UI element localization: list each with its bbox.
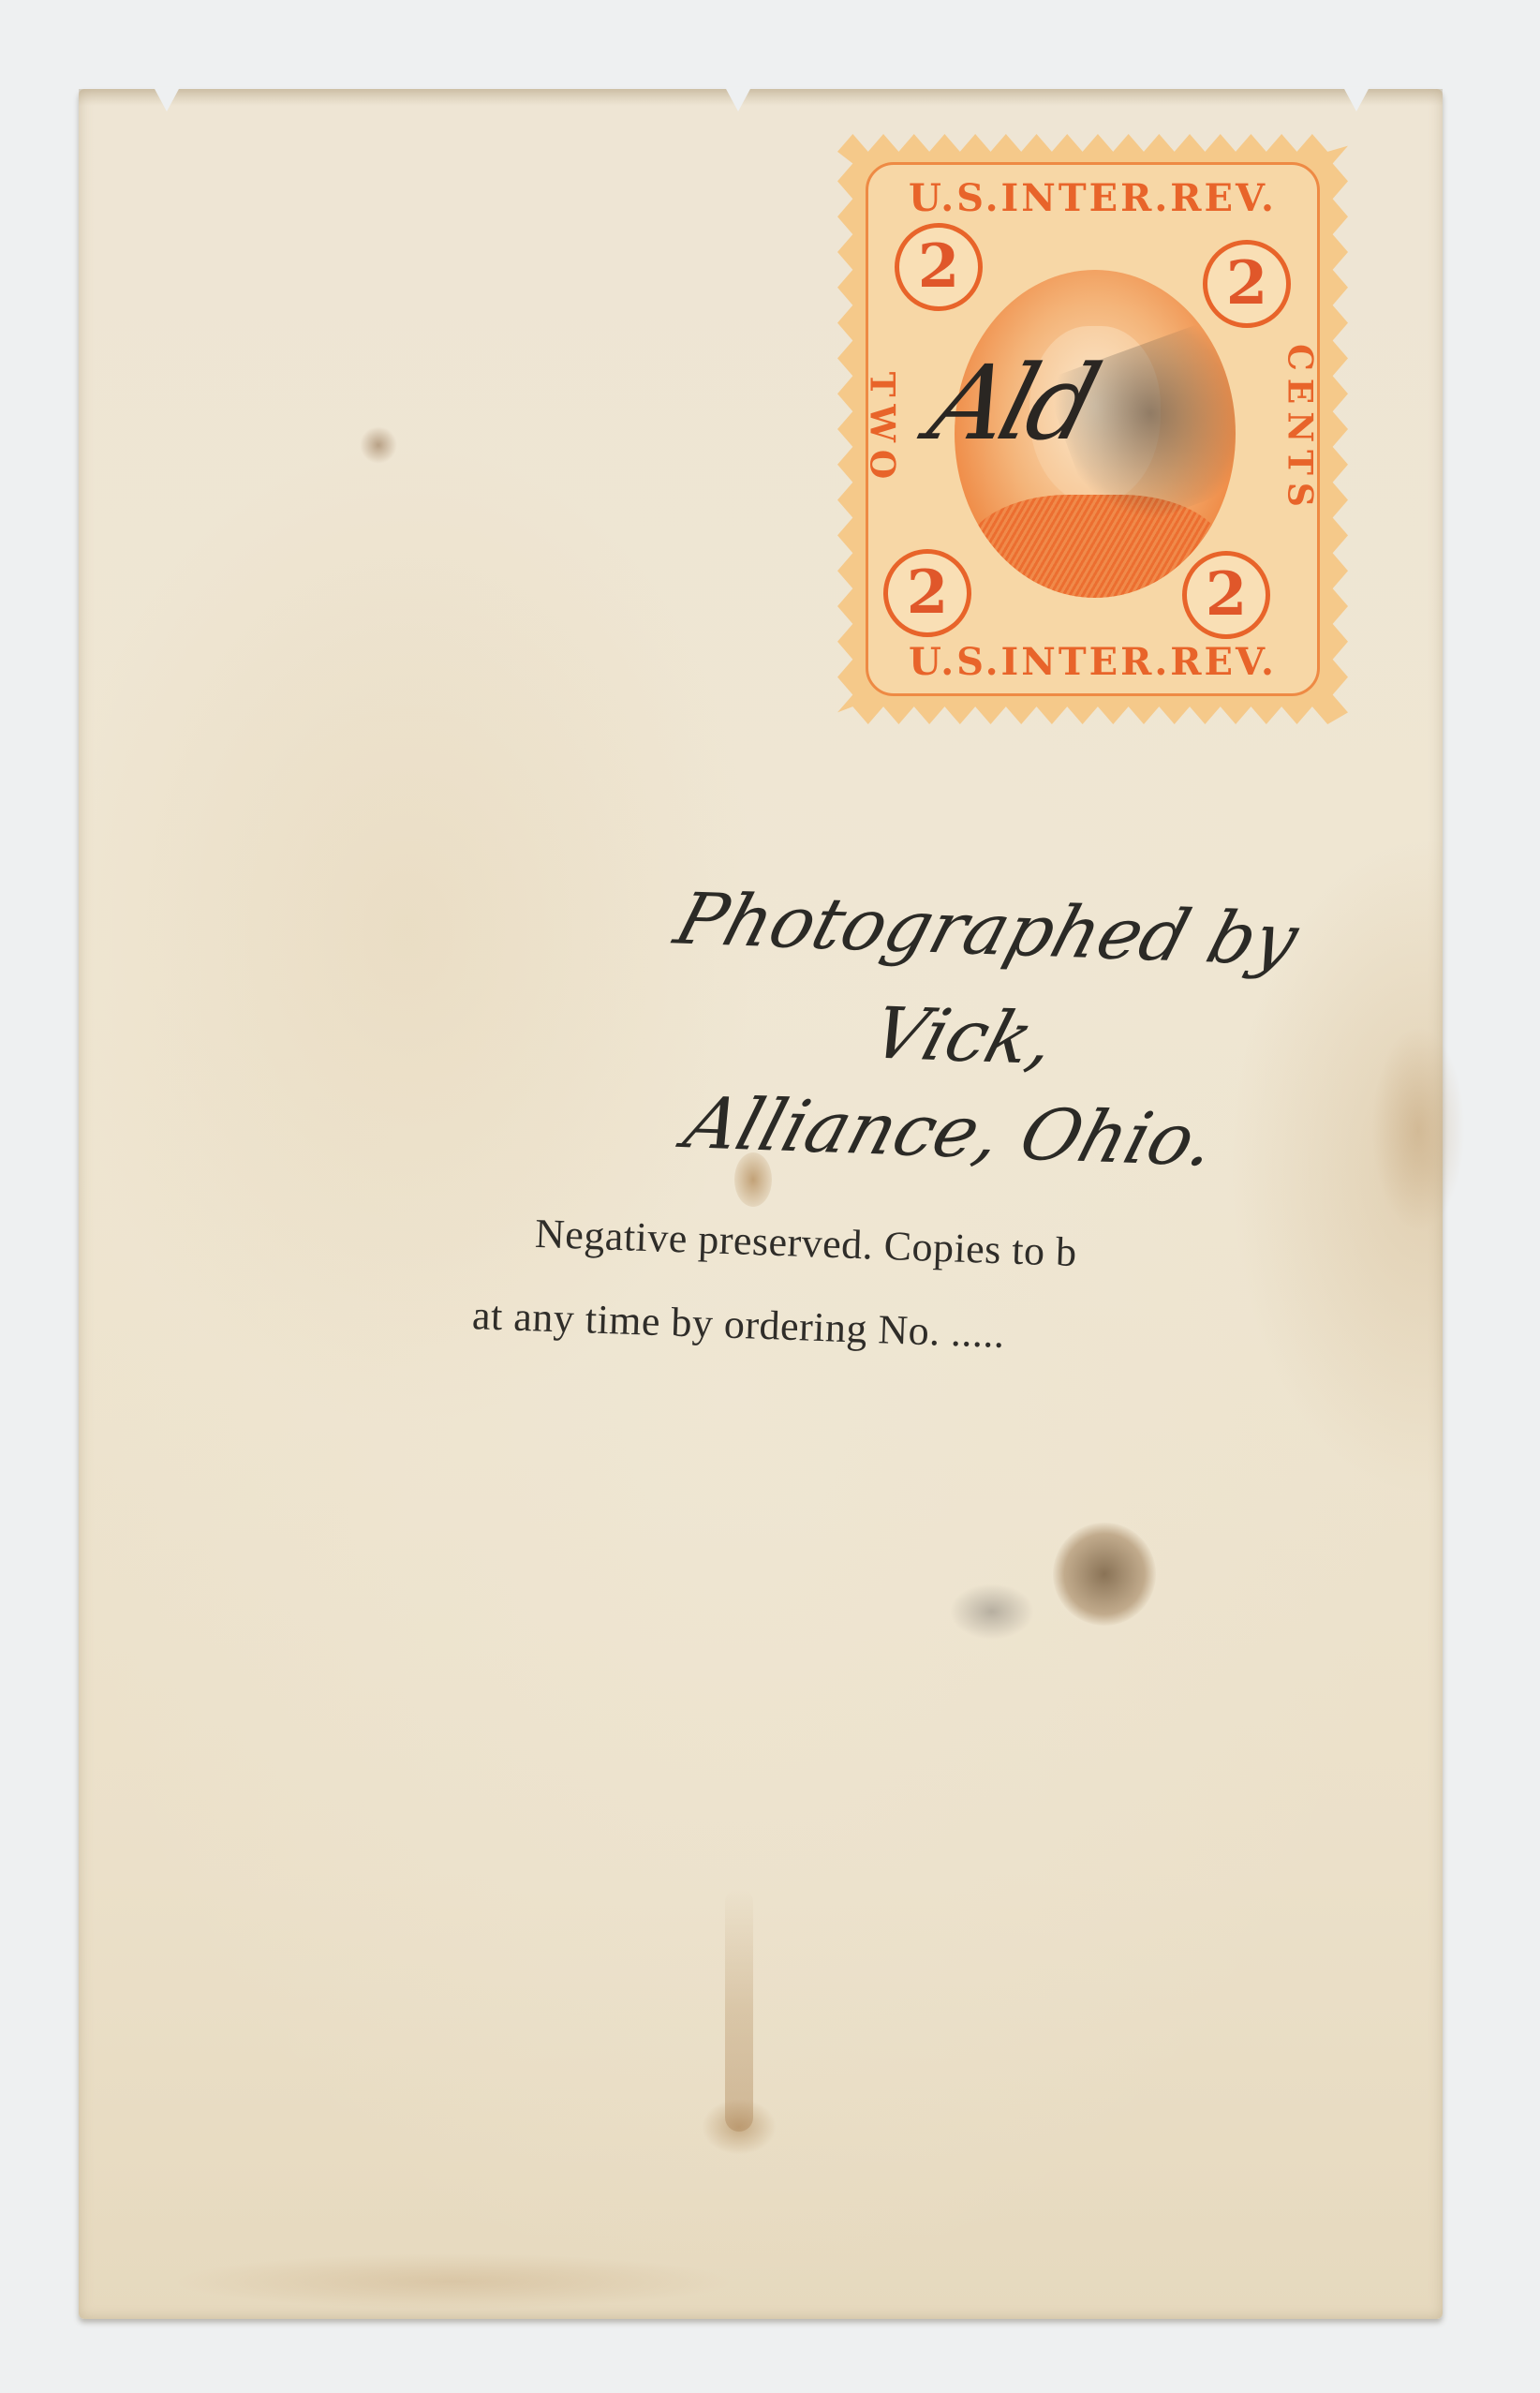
edge-tear xyxy=(154,87,180,111)
card-top-edge xyxy=(79,89,1443,106)
cabinet-card: U.S.INTER.REV. U.S.INTER.REV. TWO CENTS … xyxy=(79,89,1443,2319)
stamp-top-text: U.S.INTER.REV. xyxy=(868,176,1317,220)
stain xyxy=(360,426,397,464)
stain xyxy=(950,1583,1034,1640)
cancel-mark: Ald xyxy=(918,343,1106,463)
stamp-denomination: 2 xyxy=(883,549,971,637)
edge-tear xyxy=(725,87,751,111)
stamp-frame: U.S.INTER.REV. U.S.INTER.REV. TWO CENTS … xyxy=(866,162,1320,696)
stamp-bottom-text: U.S.INTER.REV. xyxy=(868,640,1317,684)
stain xyxy=(725,1888,753,2132)
stamp-denomination: 2 xyxy=(1203,240,1291,328)
revenue-stamp: U.S.INTER.REV. U.S.INTER.REV. TWO CENTS … xyxy=(837,134,1348,724)
notice-line-2: at any time by ordering No. ..... xyxy=(471,1291,1005,1358)
imprint-line-studio: Vick, xyxy=(863,991,1065,1080)
stain xyxy=(172,2253,734,2310)
stamp-left-text: TWO xyxy=(863,372,902,487)
stamp-denomination: 2 xyxy=(895,223,983,311)
stain xyxy=(1371,1026,1465,1232)
stamp-right-text: CENTS xyxy=(1281,344,1320,514)
notice-line-1: Negative preserved. Copies to b xyxy=(534,1210,1077,1276)
stain xyxy=(1053,1523,1156,1626)
imprint-line-photographed-by: Photographed by xyxy=(667,877,1308,981)
edge-tear xyxy=(1343,87,1370,111)
